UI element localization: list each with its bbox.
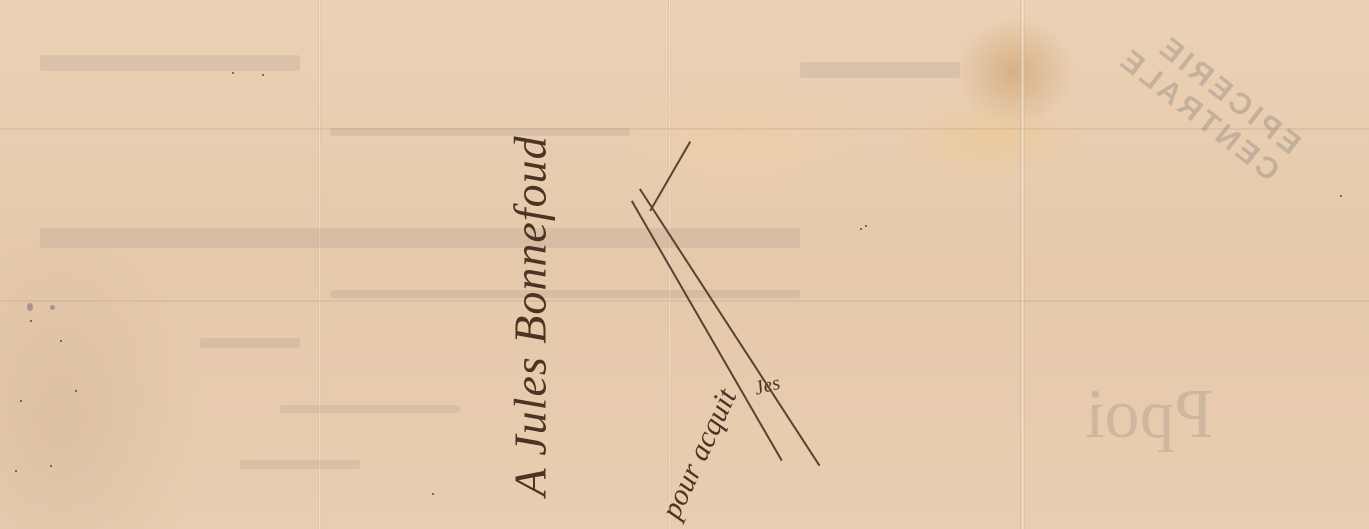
fold-crease [1020, 0, 1025, 529]
bleed-through-print [330, 128, 630, 136]
bleed-through-print [800, 62, 960, 78]
bleed-through-print [40, 228, 800, 248]
bleed-through-print [200, 338, 300, 348]
fold-crease [318, 0, 321, 529]
bleed-through-print [280, 405, 460, 413]
bleed-through-print [40, 55, 300, 71]
bleed-through-stamp: EPICERIE CENTRALE [984, 0, 1307, 316]
ink-stain [50, 305, 55, 310]
bleed-through-print [240, 460, 360, 469]
bleed-through-mark: Ppoi [1085, 375, 1213, 455]
endorsement-handwriting: A Jules Bonnefoud [504, 135, 557, 496]
document-sheet: EPICERIE CENTRALE Ppoi A Jules Bonnefoud… [0, 0, 1369, 529]
bleed-through-print [330, 290, 800, 298]
ink-stain [27, 303, 33, 311]
